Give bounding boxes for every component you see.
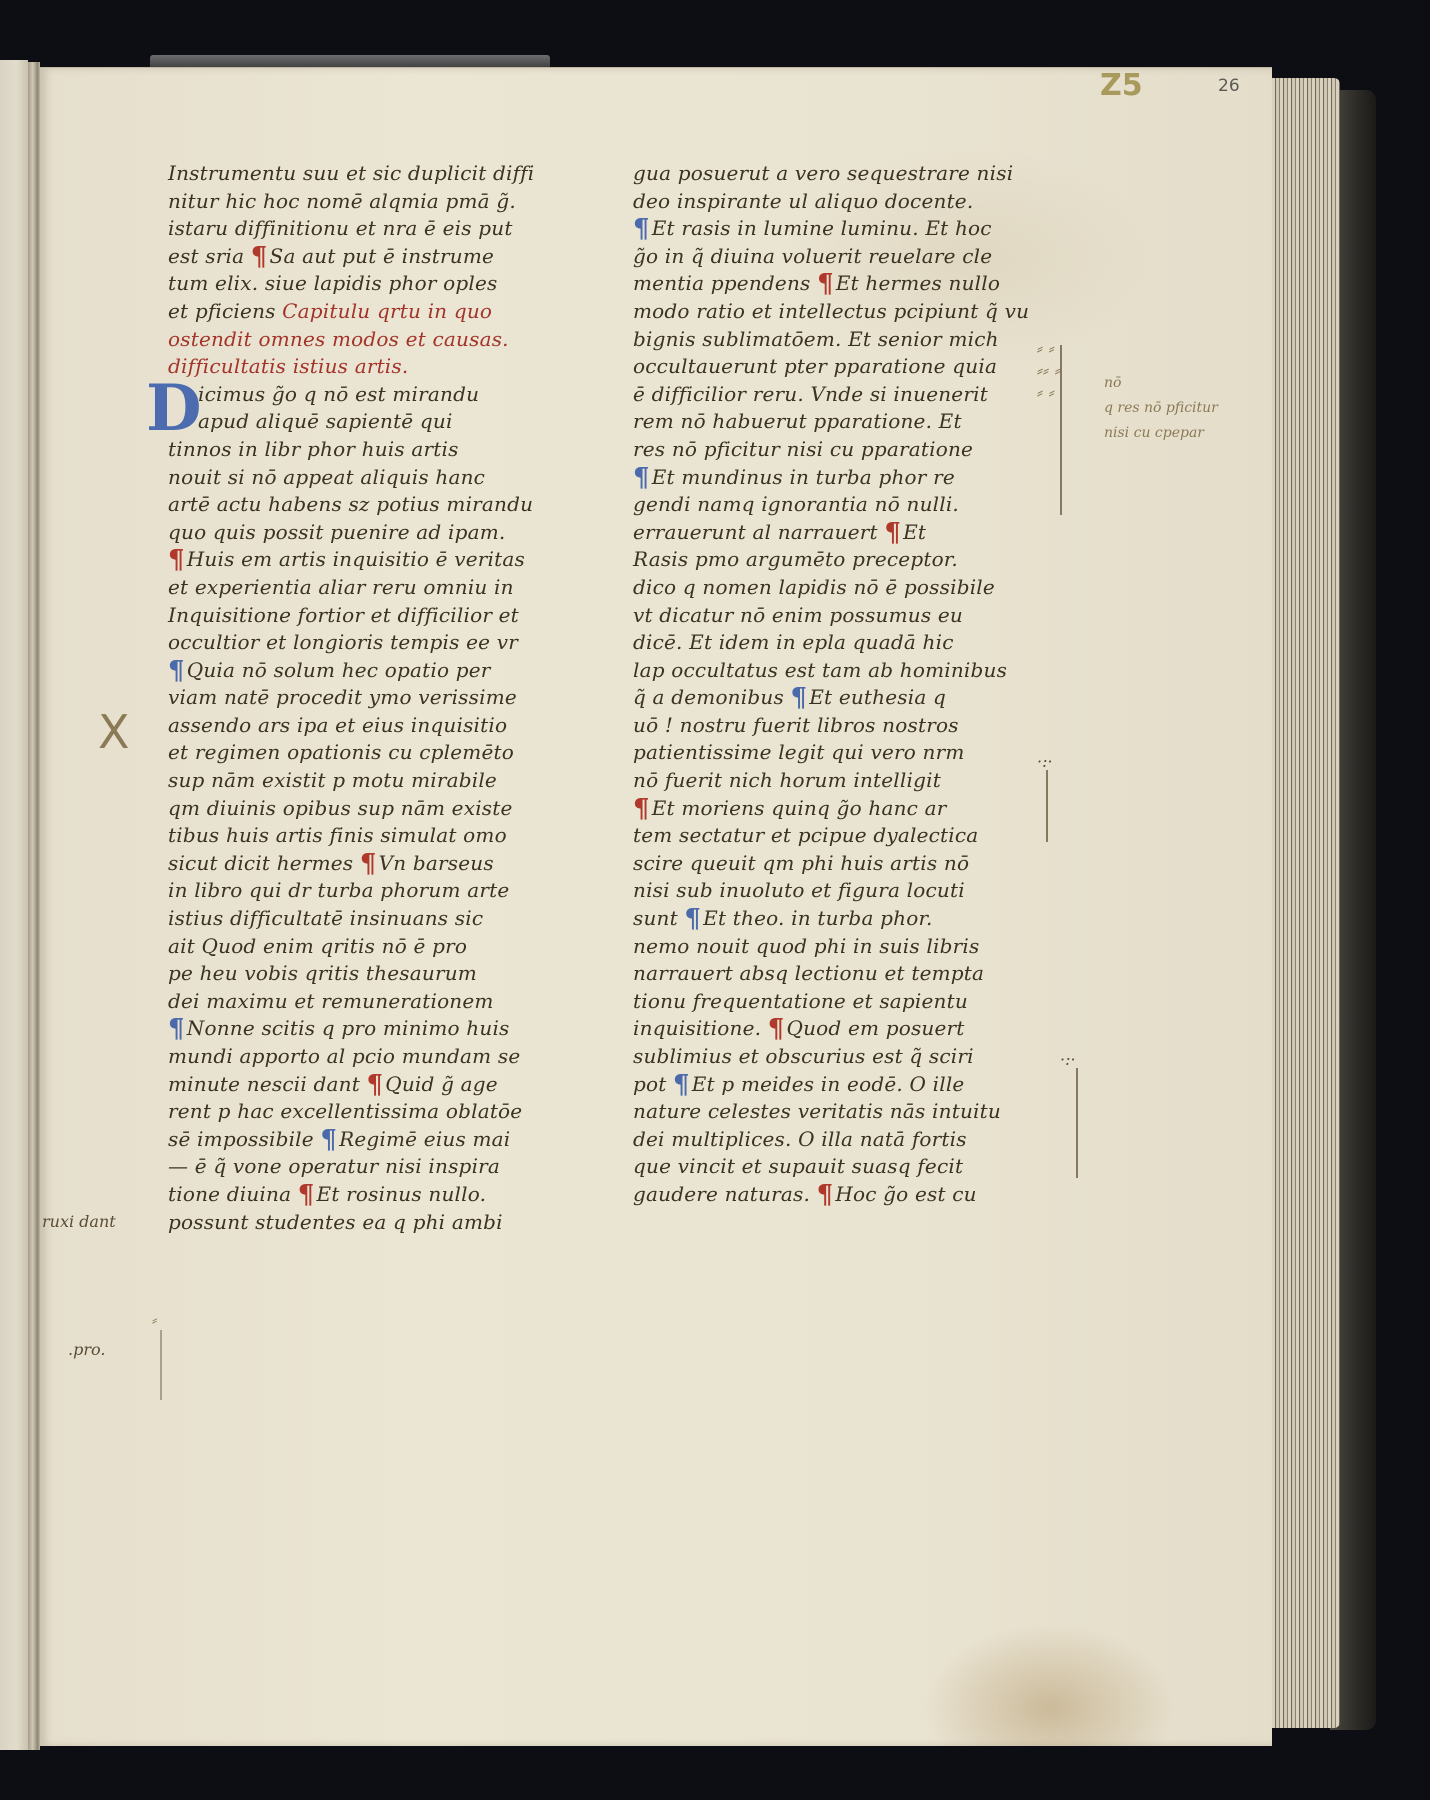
manuscript-line: ¶Et moriens quinq g̃o hanc ar [633,795,1063,823]
manuscript-line: nouit si nō appeat aliquis hanc [168,464,568,492]
manuscript-line: — ē q̃ vone operatur nisi inspira [168,1153,568,1181]
line-text: quo quis possit puenire ad ipam. [168,520,505,544]
line-text: dei maximu et remunerationem [168,989,494,1013]
pilcrow-blue-icon: ¶ [320,1130,337,1150]
line-text: sublimius et obscurius est q̃ sciri [633,1044,974,1068]
line-text: dei multiplices. O illa natā fortis [633,1127,967,1151]
line-text: Quid g̃ age [385,1072,498,1096]
line-text: scire queuit qm phi huis artis nō [633,851,969,875]
margin-cross-mark: X [98,705,130,759]
line-text: Sa aut put ē instrume [270,244,494,268]
line-text: possunt studentes ea q phi ambi [168,1210,503,1234]
margin-dots-mark: ·:· [1060,1050,1076,1069]
manuscript-line: ē difficilior reru. Vnde si inuenerit [633,381,1063,409]
manuscript-line: nitur hic hoc nomē alqmia pmā g̃. [168,188,568,216]
gutter [28,62,40,1750]
manuscript-line: q̃ a demonibus ¶Et euthesia q [633,684,1063,712]
line-text: narrauert absq lectionu et tempta [633,961,984,985]
line-text: Et rosinus nullo. [317,1182,487,1206]
pilcrow-blue-icon: ¶ [790,688,807,708]
line-text: nisi sub inuoluto et figura locuti [633,878,965,902]
line-text: vt dicatur nō enim possumus eu [633,603,963,627]
line-text: tinnos in libr phor huis artis [168,437,459,461]
line-text: assendo ars ipa et eius inquisitio [168,713,507,737]
manuscript-line: occultior et longioris tempis ee vr [168,629,568,657]
margin-note-left-2: .pro. [68,1340,105,1359]
margin-bracket [160,1330,162,1400]
line-text: modo ratio et intellectus pcipiunt q̃ vu [633,299,1029,323]
manuscript-line: istius difficultatē insinuans sic [168,905,568,933]
pilcrow-red-icon: ¶ [367,1075,384,1095]
manuscript-line: nature celestes veritatis nās intuitu [633,1098,1063,1126]
manuscript-line: sunt ¶Et theo. in turba phor. [633,905,1063,933]
manuscript-line: tinnos in libr phor huis artis [168,436,568,464]
manuscript-line: dicē. Et idem in epla quadā hic [633,629,1063,657]
manuscript-line: tione diuina ¶Et rosinus nullo. [168,1181,568,1209]
manuscript-line: et experientia aliar reru omniu in [168,574,568,602]
manuscript-line: nō fuerit nich horum intelligit [633,767,1063,795]
manuscript-line: qm diuinis opibus sup nām existe [168,795,568,823]
margin-bracket [1076,1068,1078,1178]
manuscript-line: artē actu habens sz potius mirandu [168,491,568,519]
line-text: nemo nouit quod phi in suis libris [633,934,979,958]
line-text: mundi apporto al pcio mundam se [168,1044,520,1068]
line-text: Et mundinus in turba phor re [652,465,955,489]
line-text: tibus huis artis finis simulat omo [168,823,507,847]
line-text: gendi namq ignorantia nō nulli. [633,492,959,516]
pilcrow-red-icon: ¶ [817,274,834,294]
manuscript-line: ostendit omnes modos et causas. [168,326,568,354]
manuscript-line: mentia ppendens ¶Et hermes nullo [633,270,1063,298]
pilcrow-red-icon: ¶ [298,1185,315,1205]
manuscript-line: Instrumentu suu et sic duplicit diffi [168,160,568,188]
manuscript-line: nemo nouit quod phi in suis libris [633,933,1063,961]
line-text: istaru diffinitionu et nra ē eis put [168,216,513,240]
line-text: qm diuinis opibus sup nām existe [168,796,513,820]
manuscript-line: bignis sublimatōem. Et senior mich [633,326,1063,354]
pilcrow-blue-icon: ¶ [168,661,185,681]
margin-bracket [1060,345,1062,515]
manuscript-line: apud aliquē sapientē qui [168,408,568,436]
line-prefix-text: gaudere naturas. [633,1182,817,1206]
manuscript-line: ¶Et mundinus in turba phor re [633,464,1063,492]
line-text: rem nō habuerut pparatione. Et [633,409,962,433]
line-prefix-text: mentia ppendens [633,271,817,295]
margin-dots-mark: ·:· [1037,752,1053,771]
manuscript-line: minute nescii dant ¶Quid g̃ age [168,1071,568,1099]
line-text: nitur hic hoc nomē alqmia pmā g̃. [168,189,516,213]
manuscript-line: istaru diffinitionu et nra ē eis put [168,215,568,243]
line-text: pe heu vobis qritis thesaurum [168,961,477,985]
line-text: sup nām existit p motu mirabile [168,768,497,792]
line-text: gua posuerut a vero sequestrare nisi [633,161,1013,185]
facing-page-edge [0,60,28,1750]
line-prefix-text: tione diuina [168,1182,298,1206]
line-text: Regimē eius mai [339,1127,510,1151]
pilcrow-red-icon: ¶ [633,799,650,819]
pilcrow-blue-icon: ¶ [168,1019,185,1039]
line-text: patientissime legit qui vero nrm [633,740,965,764]
line-text: viam natē procedit ymo verissime [168,685,517,709]
manuscript-line: Dicimus g̃o q nō est mirandu [168,381,568,409]
line-text: ē difficilior reru. Vnde si inuenerit [633,382,988,406]
line-text: occultior et longioris tempis ee vr [168,630,518,654]
line-prefix-text: errauerunt al narrauert [633,520,884,544]
line-text: — ē q̃ vone operatur nisi inspira [168,1154,500,1178]
pilcrow-red-icon: ¶ [884,523,901,543]
margin-note-right-1: nō [1104,375,1121,391]
manuscript-line: occultauerunt pter pparatione quia [633,353,1063,381]
manuscript-line: in libro qui dr turba phorum arte [168,877,568,905]
line-prefix-text: minute nescii dant [168,1072,367,1096]
manuscript-line: rem nō habuerut pparatione. Et [633,408,1063,436]
manuscript-line: ¶Et rasis in lumine luminu. Et hoc [633,215,1063,243]
manuscript-line: tionu frequentatione et sapientu [633,988,1063,1016]
margin-bracket [1046,770,1048,842]
line-prefix-text: sicut dicit hermes [168,851,360,875]
manuscript-line: Rasis pmo argumēto preceptor. [633,546,1063,574]
manuscript-line: difficultatis istius artis. [168,353,568,381]
line-text: occultauerunt pter pparatione quia [633,354,997,378]
pilcrow-blue-icon: ¶ [633,219,650,239]
pilcrow-red-icon: ¶ [768,1019,785,1039]
manuscript-line: sicut dicit hermes ¶Vn barseus [168,850,568,878]
line-text: Et theo. in turba phor. [703,906,932,930]
line-text: Instrumentu suu et sic duplicit diffi [168,161,534,185]
pilcrow-blue-icon: ¶ [633,468,650,488]
line-text: Et rasis in lumine luminu. Et hoc [652,216,992,240]
line-text: tem sectatur et pcipue dyalectica [633,823,978,847]
manuscript-line: inquisitione. ¶Quod em posuert [633,1015,1063,1043]
line-text: Nonne scitis q pro minimo huis [187,1016,510,1040]
line-text: et regimen opationis cu cplemēto [168,740,514,764]
manuscript-line: modo ratio et intellectus pcipiunt q̃ vu [633,298,1063,326]
line-text: in libro qui dr turba phorum arte [168,878,509,902]
line-text: difficultatis istius artis. [168,354,408,378]
line-text: apud aliquē sapientē qui [198,409,453,433]
line-text: res nō pficitur nisi cu pparatione [633,437,973,461]
line-text: Et euthesia q [809,685,946,709]
line-text: que vincit et supauit suasq fecit [633,1154,963,1178]
line-text: lap occultatus est tam ab hominibus [633,658,1007,682]
manuscript-line: errauerunt al narrauert ¶Et [633,519,1063,547]
manuscript-line: viam natē procedit ymo verissime [168,684,568,712]
line-text: Et [903,520,926,544]
line-text: rent p hac excellentissima oblatōe [168,1099,522,1123]
manuscript-line: ¶Nonne scitis q pro minimo huis [168,1015,568,1043]
line-text: Hoc g̃o est cu [835,1182,976,1206]
line-text: Et p meides in eodē. O ille [692,1072,965,1096]
manuscript-line: mundi apporto al pcio mundam se [168,1043,568,1071]
margin-note-right-2: q res nō pficitur [1104,400,1218,416]
text-column-left: Instrumentu suu et sic duplicit diffinit… [168,160,568,1236]
margin-note-right-3: nisi cu cpepar [1104,425,1204,441]
pilcrow-blue-icon: ¶ [673,1075,690,1095]
line-text: uō ! nostru fuerit libros nostros [633,713,959,737]
line-text: g̃o in q̃ diuina voluerit reuelare cle [633,244,992,268]
manuscript-line: ¶Huis em artis inquisitio ē veritas [168,546,568,574]
manuscript-line: res nō pficitur nisi cu pparatione [633,436,1063,464]
manuscript-line: Inquisitione fortior et difficilior et [168,602,568,630]
manuscript-line: rent p hac excellentissima oblatōe [168,1098,568,1126]
pilcrow-red-icon: ¶ [251,247,268,267]
manuscript-line: tibus huis artis finis simulat omo [168,822,568,850]
manuscript-line: tum elix. siue lapidis phor oples [168,270,568,298]
manuscript-line: sē impossibile ¶Regimē eius mai [168,1126,568,1154]
line-text: nouit si nō appeat aliquis hanc [168,465,485,489]
line-prefix-text: q̃ a demonibus [633,685,790,709]
manuscript-line: gendi namq ignorantia nō nulli. [633,491,1063,519]
manuscript-line: que vincit et supauit suasq fecit [633,1153,1063,1181]
line-text: Quod em posuert [786,1016,964,1040]
line-prefix-text: est sria [168,244,251,268]
margin-note-left-1: ruxi dant [42,1212,116,1231]
manuscript-line: sublimius et obscurius est q̃ sciri [633,1043,1063,1071]
manuscript-line: gua posuerut a vero sequestrare nisi [633,160,1063,188]
manuscript-line: possunt studentes ea q phi ambi [168,1209,568,1237]
manuscript-line: g̃o in q̃ diuina voluerit reuelare cle [633,243,1063,271]
line-prefix-text: sunt [633,906,684,930]
line-text: nō fuerit nich horum intelligit [633,768,941,792]
line-text: Et moriens quinq g̃o hanc ar [652,796,947,820]
manuscript-line: dei maximu et remunerationem [168,988,568,1016]
manuscript-line: ait Quod enim qritis nō ē pro [168,933,568,961]
manuscript-line: quo quis possit puenire ad ipam. [168,519,568,547]
pilcrow-red-icon: ¶ [168,550,185,570]
pilcrow-red-icon: ¶ [817,1185,834,1205]
line-text: Et hermes nullo [836,271,1000,295]
line-text: Inquisitione fortior et difficilior et [168,603,519,627]
manuscript-line: gaudere naturas. ¶Hoc g̃o est cu [633,1181,1063,1209]
manuscript-line: uō ! nostru fuerit libros nostros [633,712,1063,740]
line-text: Rasis pmo argumēto preceptor. [633,547,958,571]
line-text: deo inspirante ul aliquo docente. [633,189,973,213]
line-text: ostendit omnes modos et causas. [168,327,509,351]
margin-tironian-mark: ⸗ [152,1310,157,1330]
manuscript-line: assendo ars ipa et eius inquisitio [168,712,568,740]
line-text: icimus g̃o q nō est mirandu [198,382,479,406]
text-column-right: gua posuerut a vero sequestrare nisideo … [633,160,1063,1209]
manuscript-line: patientissime legit qui vero nrm [633,739,1063,767]
manuscript-line: est sria ¶Sa aut put ē instrume [168,243,568,271]
pilcrow-red-icon: ¶ [360,854,377,874]
line-text: nature celestes veritatis nās intuitu [633,1099,1001,1123]
manuscript-line: vt dicatur nō enim possumus eu [633,602,1063,630]
line-text: tionu frequentatione et sapientu [633,989,968,1013]
line-text: Vn barseus [379,851,494,875]
manuscript-line: dei multiplices. O illa natā fortis [633,1126,1063,1154]
pilcrow-blue-icon: ¶ [684,909,701,929]
manuscript-line: pe heu vobis qritis thesaurum [168,960,568,988]
manuscript-line: pot ¶Et p meides in eodē. O ille [633,1071,1063,1099]
line-prefix-text: pot [633,1072,673,1096]
line-text: dicē. Et idem in epla quadā hic [633,630,954,654]
line-prefix-text: et pficiens [168,299,282,323]
line-text: istius difficultatē insinuans sic [168,906,483,930]
manuscript-line: lap occultatus est tam ab hominibus [633,657,1063,685]
manuscript-line: scire queuit qm phi huis artis nō [633,850,1063,878]
line-text: Capitulu qrtu in quo [282,299,492,323]
line-text: artē actu habens sz potius mirandu [168,492,533,516]
line-text: tum elix. siue lapidis phor oples [168,271,498,295]
line-text: Quia nō solum hec opatio per [187,658,491,682]
line-text: et experientia aliar reru omniu in [168,575,514,599]
manuscript-line: sup nām existit p motu mirabile [168,767,568,795]
manuscript-line: dico q nomen lapidis nō ē possibile [633,574,1063,602]
manuscript-line: deo inspirante ul aliquo docente. [633,188,1063,216]
line-prefix-text: sē impossibile [168,1127,320,1151]
manuscript-line: et regimen opationis cu cplemēto [168,739,568,767]
page-block-edges [1272,78,1340,1728]
folio-number: 26 [1218,76,1240,96]
line-prefix-text: inquisitione. [633,1016,768,1040]
old-foliation-mark: Z5 [1100,68,1143,103]
manuscript-line: tem sectatur et pcipue dyalectica [633,822,1063,850]
manuscript-line: ¶Quia nō solum hec opatio per [168,657,568,685]
margin-tironian-marks: ⸗ ⸗⸗⸗ ⸗⸗ ⸗ [1037,338,1061,404]
line-text: ait Quod enim qritis nō ē pro [168,934,467,958]
manuscript-line: nisi sub inuoluto et figura locuti [633,877,1063,905]
manuscript-line: et pficiens Capitulu qrtu in quo [168,298,568,326]
line-text: bignis sublimatōem. Et senior mich [633,327,999,351]
manuscript-line: narrauert absq lectionu et tempta [633,960,1063,988]
line-text: Huis em artis inquisitio ē veritas [187,547,525,571]
line-text: dico q nomen lapidis nō ē possibile [633,575,995,599]
